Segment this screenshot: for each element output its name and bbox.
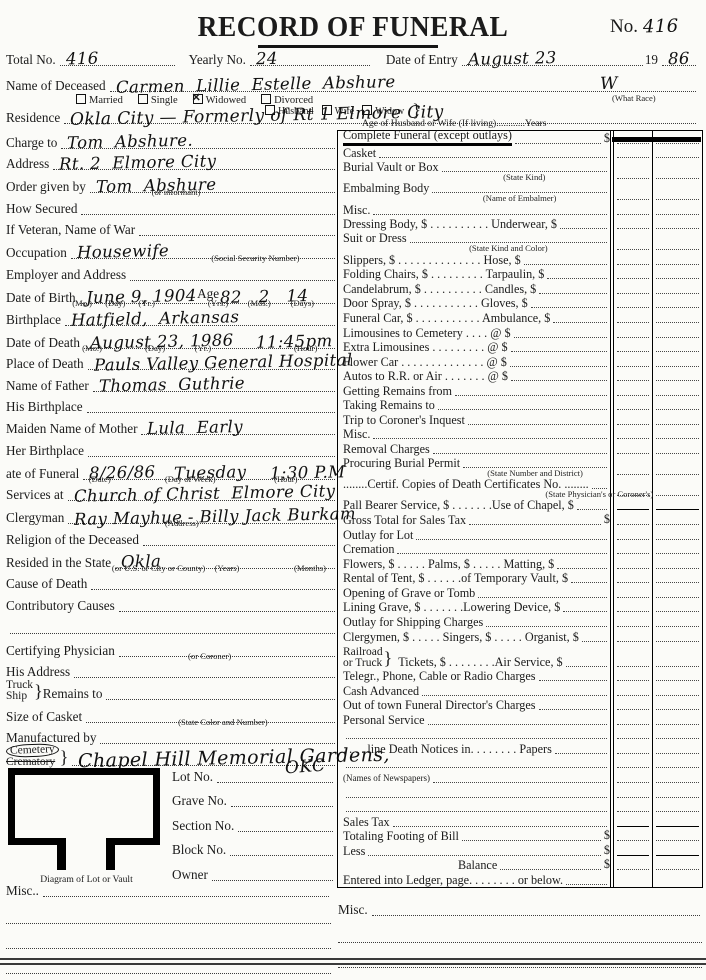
date-of-entry-value: August 23 xyxy=(467,48,556,69)
ledger-row: Limousines to Cemetery . . . . @ $ xyxy=(343,325,702,340)
ledger-label-area: Candelabrum, $ . . . . . . . . . . Candl… xyxy=(343,283,610,296)
form-field-row: His Address xyxy=(6,659,337,681)
dotted-line xyxy=(656,582,699,583)
dotted-line xyxy=(617,178,649,179)
ledger-label-area: Folding Chairs, $ . . . . . . . . . Tarp… xyxy=(343,268,610,281)
ledger-label-area: Dressing Body, $ . . . . . . . . . . Und… xyxy=(343,218,610,231)
form-field-row: Name of FatherThomas Guthrie xyxy=(6,372,337,394)
dotted-line xyxy=(74,658,335,678)
ledger-label: Trip to Coroner's Inquest xyxy=(343,414,465,427)
field-label: Services at xyxy=(6,487,64,503)
year-prefix: 19 xyxy=(645,52,658,68)
amount-dollars-cell xyxy=(610,614,652,629)
amount-dollars-cell xyxy=(610,527,652,542)
amount-dollars-cell xyxy=(610,369,652,384)
dotted-line xyxy=(143,526,335,546)
dotted-line: Rt. 2 Elmore City xyxy=(53,150,335,170)
charges-ledger: Complete Funeral (except outlays)$Casket… xyxy=(337,130,703,888)
amount-cents-cell xyxy=(652,858,702,873)
dotted-line: Church of Christ Elmore City xyxy=(68,481,336,501)
dotted-line xyxy=(656,767,699,768)
form-field-row: His Birthplace xyxy=(6,394,337,416)
ledger-row: Casket xyxy=(343,146,702,161)
amount-cents-cell xyxy=(652,556,702,571)
page-title: RECORD OF FUNERAL xyxy=(7,12,699,44)
dotted-line xyxy=(617,539,649,540)
dotted-line xyxy=(656,840,699,841)
amount-dollars-cell xyxy=(610,441,652,456)
dotted-line xyxy=(539,293,607,294)
dotted-line xyxy=(617,855,649,856)
ledger-label: Lining Grave, $ . . . . . . .Lowering De… xyxy=(343,601,560,614)
dotted-line xyxy=(231,790,333,807)
race-sublabel: (What Race) xyxy=(612,93,656,103)
dotted-line: (State Kind and Color) xyxy=(410,242,607,243)
ledger-label: Sales Tax xyxy=(343,816,390,829)
dotted-line xyxy=(656,395,699,396)
field-label: Religion of the Deceased xyxy=(6,532,139,548)
dotted-line xyxy=(422,695,607,696)
ledger-label-area: Casket xyxy=(343,147,610,160)
dotted-line xyxy=(88,437,335,457)
field-label: Date of Birth xyxy=(6,290,76,306)
amount-cents-cell xyxy=(652,281,702,296)
total-no-label: Total No. xyxy=(6,52,56,68)
amount-cents-cell xyxy=(652,527,702,542)
dotted-line xyxy=(379,157,607,158)
lot-field-row: Grave No. xyxy=(172,785,335,810)
dotted-line xyxy=(656,409,699,410)
field-label: Maiden Name of Mother xyxy=(6,421,137,437)
amount-dollars-cell xyxy=(610,310,652,325)
misc-dotted-line xyxy=(6,899,331,924)
ledger-label-area: Autos to R.R. or Air . . . . . . . @ $ xyxy=(343,370,610,383)
ledger-label: Rental of Tent, $ . . . . . .of Temporar… xyxy=(343,572,568,585)
amount-dollars-cell xyxy=(610,800,652,815)
field-label: Block No. xyxy=(172,842,226,858)
amount-dollars-cell xyxy=(610,571,652,586)
checkbox-husband-box xyxy=(265,105,275,115)
ledger-label-area: Trip to Coroner's Inquest xyxy=(343,414,610,427)
ledger-label: Gross Total for Sales Tax xyxy=(343,514,466,527)
brace-line-text: Railroad xyxy=(343,647,383,658)
dotted-line xyxy=(617,611,649,612)
dotted-line xyxy=(486,626,607,627)
ledger-label-area: Telegr., Phone, Cable or Radio Charges xyxy=(343,670,610,683)
ledger-label-area: Rental of Tent, $ . . . . . .of Temporar… xyxy=(343,572,610,585)
ledger-label-area: Door Spray, $ . . . . . . . . . . . Glov… xyxy=(343,297,610,310)
dotted-line xyxy=(373,214,607,215)
amount-dollars-cell xyxy=(610,456,652,477)
amount-cents-cell xyxy=(652,600,702,615)
dotted-line xyxy=(139,216,335,236)
ledger-label: Cash Advanced xyxy=(343,685,419,698)
dotted-line xyxy=(656,438,699,439)
dotted-line xyxy=(539,680,607,681)
dotted-line xyxy=(656,157,699,158)
form-field-row: Her Birthplace xyxy=(6,437,337,459)
amount-dollars-cell xyxy=(610,267,652,282)
misc-left-label: Misc.. xyxy=(6,883,39,899)
ledger-row: Sales Tax xyxy=(343,814,702,829)
field-label: How Secured xyxy=(6,201,77,217)
ledger-label-area: Outlay for Lot xyxy=(343,529,610,542)
amount-dollars-cell xyxy=(610,600,652,615)
amount-cents-cell xyxy=(652,800,702,815)
ledger-label: Procuring Burial Permit xyxy=(343,457,460,470)
dotted-line xyxy=(656,474,699,475)
ledger-label-area: . . . . line Death Notices in. . . . . .… xyxy=(343,743,610,756)
dotted-line xyxy=(510,366,607,367)
dotted-line xyxy=(515,143,601,144)
ledger-label-area: Suit or Dress(State Kind and Color) xyxy=(343,232,610,252)
lot-diagram xyxy=(8,768,160,872)
field-label: Place of Death xyxy=(6,356,84,372)
ledger-row: Door Spray, $ . . . . . . . . . . . Glov… xyxy=(343,296,702,311)
amount-cents-cell xyxy=(652,296,702,311)
field-label: Occupation xyxy=(6,245,67,261)
dotted-line xyxy=(656,199,699,200)
form-field-row: ClergymanRay Mayhue - Billy Jack Burkam(… xyxy=(6,503,337,526)
ledger-row: Extra Limousines . . . . . . . . . @ $ xyxy=(343,340,702,355)
amount-dollars-cell xyxy=(610,770,652,785)
form-field-row: OccupationHousewife(Social Security Numb… xyxy=(6,238,337,261)
dotted-line xyxy=(455,395,607,396)
brace-line-text: or Truck xyxy=(343,658,383,669)
form-field-row: Order given byTom Abshure(or informant) xyxy=(6,172,337,195)
dotted-line xyxy=(617,738,649,739)
misc-left-line xyxy=(43,877,329,897)
field-label: Clergyman xyxy=(6,510,64,526)
ledger-label-area: Flower Car . . . . . . . . . . . . . . @… xyxy=(343,356,610,369)
dotted-line xyxy=(656,524,699,525)
lot-field-row: Lot No.OKC xyxy=(172,760,335,785)
ledger-row: Pall Bearer Service, $ . . . . . . .Use … xyxy=(343,498,702,513)
dotted-line: (State Physician's or Coroner's) xyxy=(592,488,607,489)
form-field-row: AddressRt. 2 Elmore City xyxy=(6,151,337,173)
dotted-line xyxy=(617,322,649,323)
ledger-row: Telegr., Phone, Cable or Radio Charges xyxy=(343,669,702,684)
ledger-label: . . . . line Death Notices in. . . . . .… xyxy=(343,743,552,756)
dotted-line: (State Kind) xyxy=(442,171,607,172)
form-field-row: Maiden Name of MotherLula Early xyxy=(6,415,337,437)
document-number-value: 416 xyxy=(642,16,678,38)
amount-cents-cell xyxy=(652,571,702,586)
amount-cents-cell xyxy=(652,441,702,456)
field-label: Contributory Causes xyxy=(6,598,115,614)
amount-cents-cell xyxy=(652,412,702,427)
ledger-label: Out of town Funeral Director's Charges xyxy=(343,699,536,712)
dotted-line xyxy=(656,797,699,798)
dotted-line xyxy=(656,495,699,496)
form-field-row: How Secured xyxy=(6,195,337,217)
dotted-line xyxy=(617,380,649,381)
misc-right-label: Misc. xyxy=(338,902,368,918)
dotted-line xyxy=(617,424,649,425)
ledger-label: Autos to R.R. or Air . . . . . . . @ $ xyxy=(343,370,508,383)
form-field-row: ate of Funeral8/26/86Tuesday1:30 P.M(Dat… xyxy=(6,459,337,482)
ledger-label: Door Spray, $ . . . . . . . . . . . Glov… xyxy=(343,297,528,310)
dotted-line xyxy=(438,409,607,410)
handwritten-value: Tom Abshure. xyxy=(67,130,193,152)
brace-lines: TruckShip xyxy=(6,680,33,702)
amount-dollars-cell xyxy=(610,872,652,887)
dotted-line xyxy=(617,157,649,158)
ledger-label-area: Limousines to Cemetery . . . . @ $ xyxy=(343,327,610,340)
dotted-line xyxy=(656,453,699,454)
left-field-column: Charge toTom Abshure.AddressRt. 2 Elmore… xyxy=(6,129,337,768)
amount-dollars-cell xyxy=(610,814,652,829)
ledger-row: Misc. xyxy=(343,202,702,217)
ledger-label-area: Pall Bearer Service, $ . . . . . . .Use … xyxy=(343,499,610,512)
dotted-line xyxy=(656,322,699,323)
name-of-deceased-label: Name of Deceased xyxy=(6,78,106,94)
ledger-label-area: ........Certif. Copies of Death Certific… xyxy=(343,478,610,498)
ledger-row: Cash Advanced xyxy=(343,683,702,698)
handwritten-value: Lula Early xyxy=(147,417,243,438)
ledger-row: Slippers, $ . . . . . . . . . . . . . . … xyxy=(343,252,702,267)
ledger-label: Entered into Ledger, page. . . . . . . .… xyxy=(343,874,563,887)
brace-glyph: } xyxy=(60,747,69,768)
checkbox-widow: Widow xyxy=(362,104,404,117)
dotted-line xyxy=(656,666,699,667)
ledger-label-area: Out of town Funeral Director's Charges xyxy=(343,699,610,712)
ledger-label: Cremation xyxy=(343,543,394,556)
amount-cents-cell xyxy=(652,712,702,727)
ledger-row: Out of town Funeral Director's Charges xyxy=(343,698,702,713)
ledger-row: Less$ xyxy=(343,843,702,858)
field-label: Employer and Address xyxy=(6,267,126,283)
ledger-label-area: Cash Advanced xyxy=(343,685,610,698)
funeral-record-page: RECORD OF FUNERAL No. 416 Total No. 416 … xyxy=(0,0,706,980)
form-field-row: Charge toTom Abshure. xyxy=(6,129,337,151)
amount-cents-cell xyxy=(652,629,702,644)
ledger-label-area: Sales Tax xyxy=(343,816,610,829)
ledger-row: Procuring Burial Permit(State Number and… xyxy=(343,456,702,477)
ledger-label: Tickets, $ . . . . . . . .Air Service, $ xyxy=(398,656,562,669)
ledger-label: Embalming Body xyxy=(343,182,429,195)
ledger-row: Taking Remains to xyxy=(343,398,702,413)
field-label: Lot No. xyxy=(172,769,213,785)
ledger-label: Outlay for Lot xyxy=(343,529,413,542)
dotted-line xyxy=(656,611,699,612)
dotted-line xyxy=(563,611,607,612)
checkbox-single-box xyxy=(138,94,148,104)
misc-right-line xyxy=(372,896,700,916)
form-field-row: Date of DeathAugust 23, 198611:45pm(Mo.)… xyxy=(6,328,337,351)
dotted-line xyxy=(571,582,607,583)
ledger-row: Balance$ xyxy=(343,858,702,873)
dotted-line xyxy=(656,307,699,308)
dotted-line xyxy=(617,249,649,250)
dotted-line xyxy=(617,509,649,510)
dotted-line xyxy=(656,641,699,642)
ledger-row: Misc. xyxy=(343,427,702,442)
field-label: His Birthplace xyxy=(6,399,83,415)
ledger-row: Gross Total for Sales Tax$ xyxy=(343,512,702,527)
brace-lines: Railroador Truck xyxy=(343,647,383,669)
dotted-line xyxy=(656,278,699,279)
year-line: 86 xyxy=(662,46,696,66)
amount-cents-cell xyxy=(652,669,702,684)
dotted-line xyxy=(106,680,335,700)
ledger-label-area: Extra Limousines . . . . . . . . . @ $ xyxy=(343,341,610,354)
ledger-row: Folding Chairs, $ . . . . . . . . . Tarp… xyxy=(343,267,702,282)
dotted-line xyxy=(617,453,649,454)
dotted-line xyxy=(462,840,601,841)
ledger-label: Removal Charges xyxy=(343,443,430,456)
ledger-row: Railroador Truck}Tickets, $ . . . . . . … xyxy=(343,644,702,669)
form-field-row: TruckShip}Remains to xyxy=(6,680,337,702)
dotted-line xyxy=(617,524,649,525)
ledger-row: Burial Vault or Box(State Kind) xyxy=(343,160,702,181)
ledger-label: Dressing Body, $ . . . . . . . . . . Und… xyxy=(343,218,557,231)
dotted-line xyxy=(617,695,649,696)
dotted-line xyxy=(617,264,649,265)
dotted-line xyxy=(617,228,649,229)
ledger-row: Dressing Body, $ . . . . . . . . . . Und… xyxy=(343,217,702,232)
document-number-label: No. xyxy=(610,16,638,37)
ledger-label-area: Complete Funeral (except outlays)$ xyxy=(343,129,610,146)
dotted-line xyxy=(566,884,607,885)
dotted-line xyxy=(656,228,699,229)
dotted-line xyxy=(617,351,649,352)
dotted-line xyxy=(130,261,335,281)
amount-dollars-cell xyxy=(610,296,652,311)
amount-dollars-cell xyxy=(610,325,652,340)
amount-dollars-cell xyxy=(610,412,652,427)
checkbox-label: Wife xyxy=(335,106,355,117)
ledger-label-area: Totaling Footing of Bill$ xyxy=(343,828,610,843)
amount-dollars-cell xyxy=(610,741,652,756)
dotted-line: (State Number and District) xyxy=(463,467,607,468)
ledger-row: Personal Service xyxy=(343,712,702,727)
ledger-label: Misc. xyxy=(343,204,370,217)
race-value: W xyxy=(599,74,617,94)
amount-cents-cell xyxy=(652,872,702,887)
dotted-line xyxy=(617,568,649,569)
yearly-no-line: 24 xyxy=(250,46,370,66)
amount-dollars-cell xyxy=(610,644,652,669)
ledger-label: Less xyxy=(343,845,365,858)
amount-cents-cell xyxy=(652,325,702,340)
ledger-row: Clergymen, $ . . . . . Singers, $ . . . … xyxy=(343,629,702,644)
amount-dollars-cell xyxy=(610,785,652,800)
dotted-line xyxy=(656,293,699,294)
ledger-row xyxy=(343,785,702,800)
brace-lines: CemeteryCrematory xyxy=(6,744,59,768)
dotted-line xyxy=(577,509,607,510)
checkbox-husband: Husband xyxy=(265,104,314,117)
dotted-line xyxy=(238,815,333,832)
field-label: Address xyxy=(6,156,49,172)
dotted-line xyxy=(656,869,699,870)
ledger-row: Removal Charges xyxy=(343,441,702,456)
ledger-label: Candelabrum, $ . . . . . . . . . . Candl… xyxy=(343,283,536,296)
form-field-row: Services atChurch of Christ Elmore City xyxy=(6,482,337,504)
handwritten-heavy-mark xyxy=(612,137,701,142)
form-field-row: If Veteran, Name of War xyxy=(6,217,337,239)
amount-dollars-cell xyxy=(610,629,652,644)
handwritten-value: Thomas Guthrie xyxy=(99,373,245,395)
handwritten-value: Housewife xyxy=(77,241,169,262)
ledger-row: Cremation xyxy=(343,542,702,557)
checkbox-married-box xyxy=(76,94,86,104)
misc-left-row: Misc.. xyxy=(6,879,331,899)
dotted-line xyxy=(617,214,649,215)
dotted-line: Lula Early xyxy=(141,415,335,435)
name-line: Carmen Lillie Estelle Abshure W xyxy=(110,72,696,92)
ledger-label: Pall Bearer Service, $ . . . . . . .Use … xyxy=(343,499,574,512)
ledger-label-area: Burial Vault or Box(State Kind) xyxy=(343,161,610,181)
dotted-line xyxy=(433,453,607,454)
ledger-row: Outlay for Lot xyxy=(343,527,702,542)
dotted-line xyxy=(346,767,607,768)
dotted-line xyxy=(433,782,607,783)
amount-dollars-cell xyxy=(610,698,652,713)
dotted-line xyxy=(81,195,335,215)
dotted-line xyxy=(656,264,699,265)
handwritten-value: Rt. 2 Elmore City xyxy=(59,152,217,174)
amount-dollars-cell xyxy=(610,498,652,513)
dotted-line xyxy=(656,424,699,425)
dotted-line xyxy=(656,811,699,812)
amount-dollars-cell xyxy=(610,231,652,252)
ledger-label-area: Clergymen, $ . . . . . Singers, $ . . . … xyxy=(343,631,610,644)
ledger-row: Outlay for Shipping Charges xyxy=(343,614,702,629)
dotted-line xyxy=(656,626,699,627)
amount-dollars-cell xyxy=(610,712,652,727)
dotted-line xyxy=(656,855,699,856)
field-label: Resided in the State xyxy=(6,555,111,571)
lot-info-block: Lot No.OKCGrave No.Section No.Block No.O… xyxy=(172,760,335,883)
amount-cents-cell xyxy=(652,741,702,756)
brace-glyph: } xyxy=(384,648,393,669)
handwritten-value: Hatfield, Arkansas xyxy=(71,307,240,330)
dotted-line xyxy=(617,143,649,144)
ledger-row xyxy=(343,756,702,771)
ledger-row: Flower Car . . . . . . . . . . . . . . @… xyxy=(343,354,702,369)
ledger-label: Opening of Grave or Tomb xyxy=(343,587,475,600)
amount-cents-cell xyxy=(652,181,702,202)
ledger-label-area: Personal Service xyxy=(343,714,610,727)
dotted-line xyxy=(617,293,649,294)
form-field-row: Place of DeathPauls Valley General Hospi… xyxy=(6,351,337,373)
form-field-row: Resided in the StateOkla(or U.S. or City… xyxy=(6,548,337,571)
dotted-line xyxy=(617,826,649,827)
amount-dollars-cell xyxy=(610,585,652,600)
dotted-line xyxy=(617,395,649,396)
dotted-line xyxy=(617,474,649,475)
amount-cents-cell xyxy=(652,477,702,498)
ledger-row: Trip to Coroner's Inquest xyxy=(343,412,702,427)
amount-cents-cell xyxy=(652,252,702,267)
amount-dollars-cell xyxy=(610,727,652,742)
dotted-line xyxy=(346,811,607,812)
ledger-row xyxy=(343,727,702,742)
dotted-line xyxy=(478,597,607,598)
field-label: Grave No. xyxy=(172,793,227,809)
ledger-label: Casket xyxy=(343,147,376,160)
dotted-line xyxy=(656,724,699,725)
ledger-label: Slippers, $ . . . . . . . . . . . . . . … xyxy=(343,254,521,267)
ledger-row: Entered into Ledger, page. . . . . . . .… xyxy=(343,872,702,887)
year-value: 86 xyxy=(668,49,690,68)
amount-cents-cell xyxy=(652,814,702,829)
dotted-line xyxy=(230,839,333,856)
dotted-line xyxy=(617,409,649,410)
dotted-line xyxy=(617,709,649,710)
